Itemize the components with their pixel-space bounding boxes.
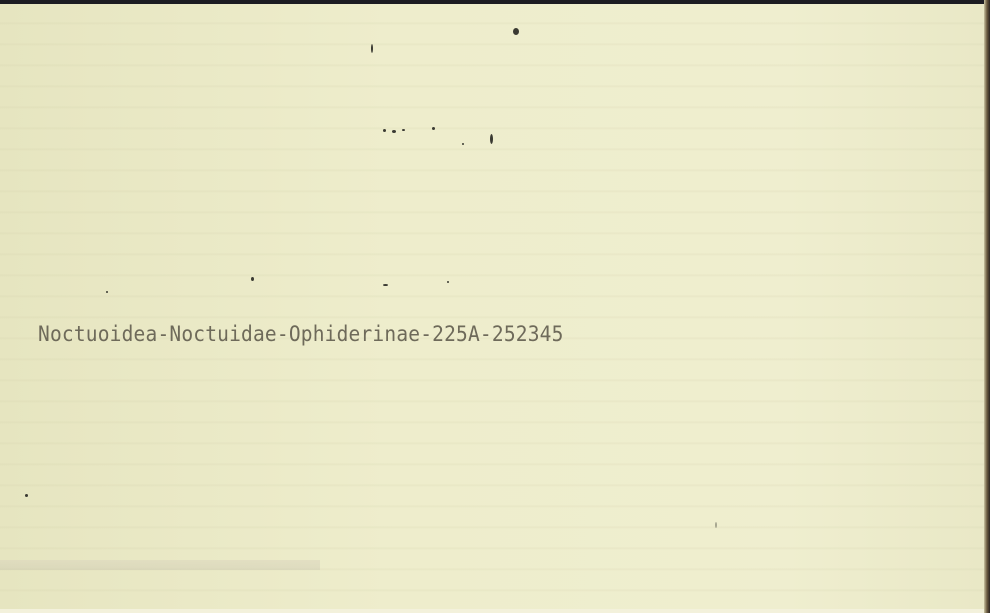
speck: [432, 127, 435, 130]
speck: [383, 129, 386, 132]
speck: [715, 522, 717, 528]
speck: [383, 284, 388, 286]
index-card: Noctuoidea-Noctuidae-Ophiderinae-225A-25…: [0, 4, 984, 613]
speck: [392, 130, 396, 133]
speck: [402, 129, 405, 131]
speck: [447, 281, 449, 283]
card-bottom-edge: [0, 609, 984, 613]
card-scan-artifact: [0, 560, 320, 570]
speck: [513, 28, 519, 35]
card-right-edge-shadow: [984, 0, 990, 613]
taxonomy-label: Noctuoidea-Noctuidae-Ophiderinae-225A-25…: [38, 322, 564, 346]
speck: [25, 494, 28, 497]
speck: [251, 277, 254, 281]
speck: [462, 143, 464, 145]
speck: [490, 134, 493, 144]
speck: [371, 44, 373, 53]
speck: [106, 291, 108, 293]
